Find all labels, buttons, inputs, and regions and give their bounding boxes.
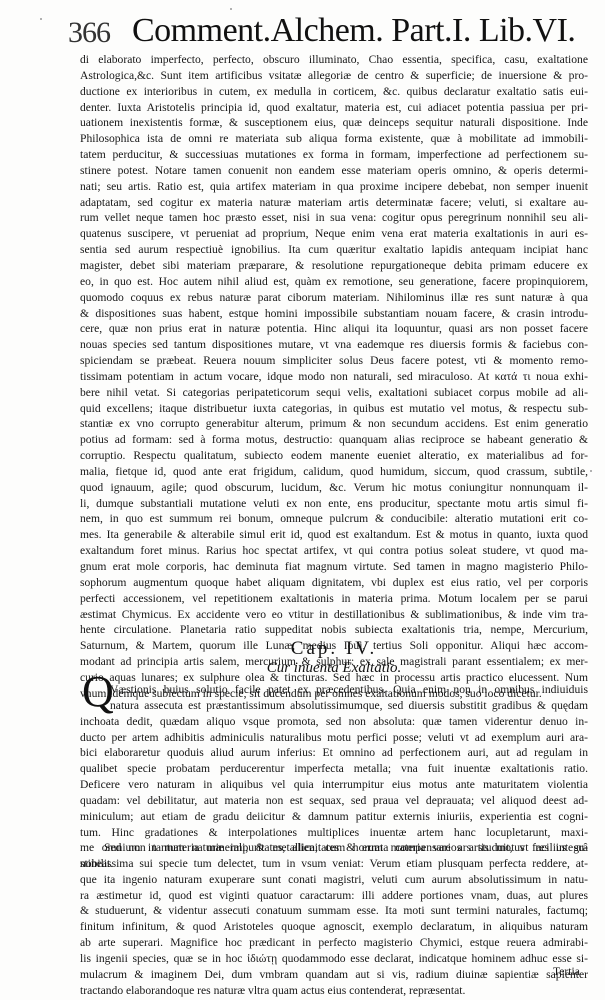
text-line: stantiæ ex vno corrupto generabitur alte… xyxy=(80,416,588,432)
text-line: que ita ingenio naturam exuperare sunt c… xyxy=(80,872,588,888)
catchword: Tertia xyxy=(553,965,580,978)
text-line: nouas species sed tantum dispositiones m… xyxy=(80,337,588,353)
paper-speck xyxy=(40,18,42,20)
text-line: lis ingenii species, quæ se in hoc ἰδιώτ… xyxy=(80,951,588,967)
paper-speck xyxy=(590,470,592,472)
text-line: ducto per artem adhibitis adminiculis na… xyxy=(80,730,588,746)
running-title: Comment.Alchem. Part.I. Lib.VI. xyxy=(132,12,575,50)
text-line: hente circulatione. Planetaria ratio sup… xyxy=(80,622,588,638)
text-line: di elaborato imperfecto, perfecto, obscu… xyxy=(80,52,588,68)
chapter-subtitle: Cur inuenta Exaltatio. xyxy=(80,660,588,677)
text-line: & dispositiones suas habent, estque homi… xyxy=(80,306,588,322)
text-line: quatenus suscipere, vt perueniat ad prop… xyxy=(80,226,588,242)
text-line: quomodo coquus ex rebus naturæ parat cib… xyxy=(80,290,588,306)
text-line: Sed non tantum naturæ impuritates, alien… xyxy=(80,840,588,856)
text-line: eo, in quo est. Hoc autem nihil aliud es… xyxy=(80,274,588,290)
text-line: mulacrum & imaginem Dei, dum vmbram quan… xyxy=(80,967,588,983)
text-line: li, dumque substantiali mutatione veluti… xyxy=(80,496,588,512)
paper-speck xyxy=(230,8,232,10)
text-line: cere, quæ non prius erat in naturæ poten… xyxy=(80,321,588,337)
text-line: potius ad formam: sed à forma motus, des… xyxy=(80,432,588,448)
text-line: perfecti accessionem, vel repetitionem e… xyxy=(80,591,588,607)
text-line: bici elaboraretur quoduis aliud aurum in… xyxy=(80,745,588,761)
text-line: quid excellens; itaque distribuetur iuxt… xyxy=(80,401,588,417)
text-line: magister, debet sibi materiam præparare,… xyxy=(80,258,588,274)
text-line: stinere potest. Notare tamen conuenit no… xyxy=(80,163,588,179)
text-line: & studuerunt, & videntur assecuti conatu… xyxy=(80,903,588,919)
text-line: nem, in quo est summum rei bonum, omnequ… xyxy=(80,511,588,527)
text-line: Philosophica ista de omni re materiata s… xyxy=(80,131,588,147)
text-line: gnum erat mole corporis, hac deminuta fi… xyxy=(80,559,588,575)
text-line: finitum infinitum, & quod Aristoteles qu… xyxy=(80,919,588,935)
text-line: ab arte superari. Magnifice hoc prædican… xyxy=(80,935,588,951)
page-number: 366 xyxy=(68,16,110,50)
text-line: ductione ex interioribus in cutem, ex me… xyxy=(80,84,588,100)
text-line: ra æstimetur id, quod est viginti quatuo… xyxy=(80,888,588,904)
text-line: rum vellet neque tamen hoc præsto esset,… xyxy=(80,210,588,226)
text-line: Væstionis huius solutio facile patet ex … xyxy=(80,682,588,698)
chapter-heading: Cap. IV. xyxy=(80,638,588,660)
text-line: Astrologica,&c. Sunt item artificibus vs… xyxy=(80,68,588,84)
text-line: miniculum; aut etiam de gradu deiicitur … xyxy=(80,809,588,825)
text-line: corruptio. Respectu qualitatum, subiecto… xyxy=(80,448,588,464)
text-line: æstimat Chymicus. Ex accidente vero eo v… xyxy=(80,607,588,623)
text-line: sentia sed aurum respectiuè ignobilius. … xyxy=(80,242,588,258)
text-line: uationem inexistentis formæ, & susceptio… xyxy=(80,115,588,131)
text-line: nati; seu artis. Ratio est, quia artifex… xyxy=(80,179,588,195)
text-line: tum. Hinc gradationes & interpolationes … xyxy=(80,825,588,841)
text-line: tractando elaborandoque res naturæ vltra… xyxy=(80,983,588,999)
text-line: adaptatam, sed cogitur ex materia naturæ… xyxy=(80,195,588,211)
text-line: spiciendam se præbeat. Reuera nouum simp… xyxy=(80,353,588,369)
book-page: 366 Comment.Alchem. Part.I. Lib.VI. di e… xyxy=(0,0,605,1000)
text-line: denter. Iuxta Aristotelis principia id, … xyxy=(80,100,588,116)
text-line: malia, fietque id, quod ante erat frigid… xyxy=(80,464,588,480)
text-line: tatem perducitur, & successiuas mutation… xyxy=(80,147,588,163)
text-line: nobilissima sui specie tum delectet, tum… xyxy=(80,856,588,872)
text-line: mes. Ita generabile & alterabile simul e… xyxy=(80,527,588,543)
body-text-continuation: di elaborato imperfecto, perfecto, obscu… xyxy=(80,52,588,702)
chapter-paragraph-2: Sed non tantum naturæ impuritates, alien… xyxy=(80,840,588,998)
text-line: bere nihil vetat. Si categorias peripate… xyxy=(80,385,588,401)
text-line: quadam: vel debilitatur, aut materia non… xyxy=(80,793,588,809)
text-line: inchoata dedit, quædam aliquo vsque prom… xyxy=(80,714,588,730)
text-line: tissimam potentiam in actum vocare, idqu… xyxy=(80,369,588,385)
text-line: sophorum augmentum quoque habet aliquam … xyxy=(80,575,588,591)
text-line: qualibet specie probatam perducerentur i… xyxy=(80,761,588,777)
page-header: 366 Comment.Alchem. Part.I. Lib.VI. xyxy=(68,12,598,52)
text-line: Deficere vero naturam in aliquibus vel q… xyxy=(80,777,588,793)
text-line: quod ignauum, agile; quod obscurum, luci… xyxy=(80,480,588,496)
text-line: natura assecuta est præstantissimum abso… xyxy=(80,698,588,714)
text-line: exaltandum foret minus. Rarius hoc spect… xyxy=(80,543,588,559)
